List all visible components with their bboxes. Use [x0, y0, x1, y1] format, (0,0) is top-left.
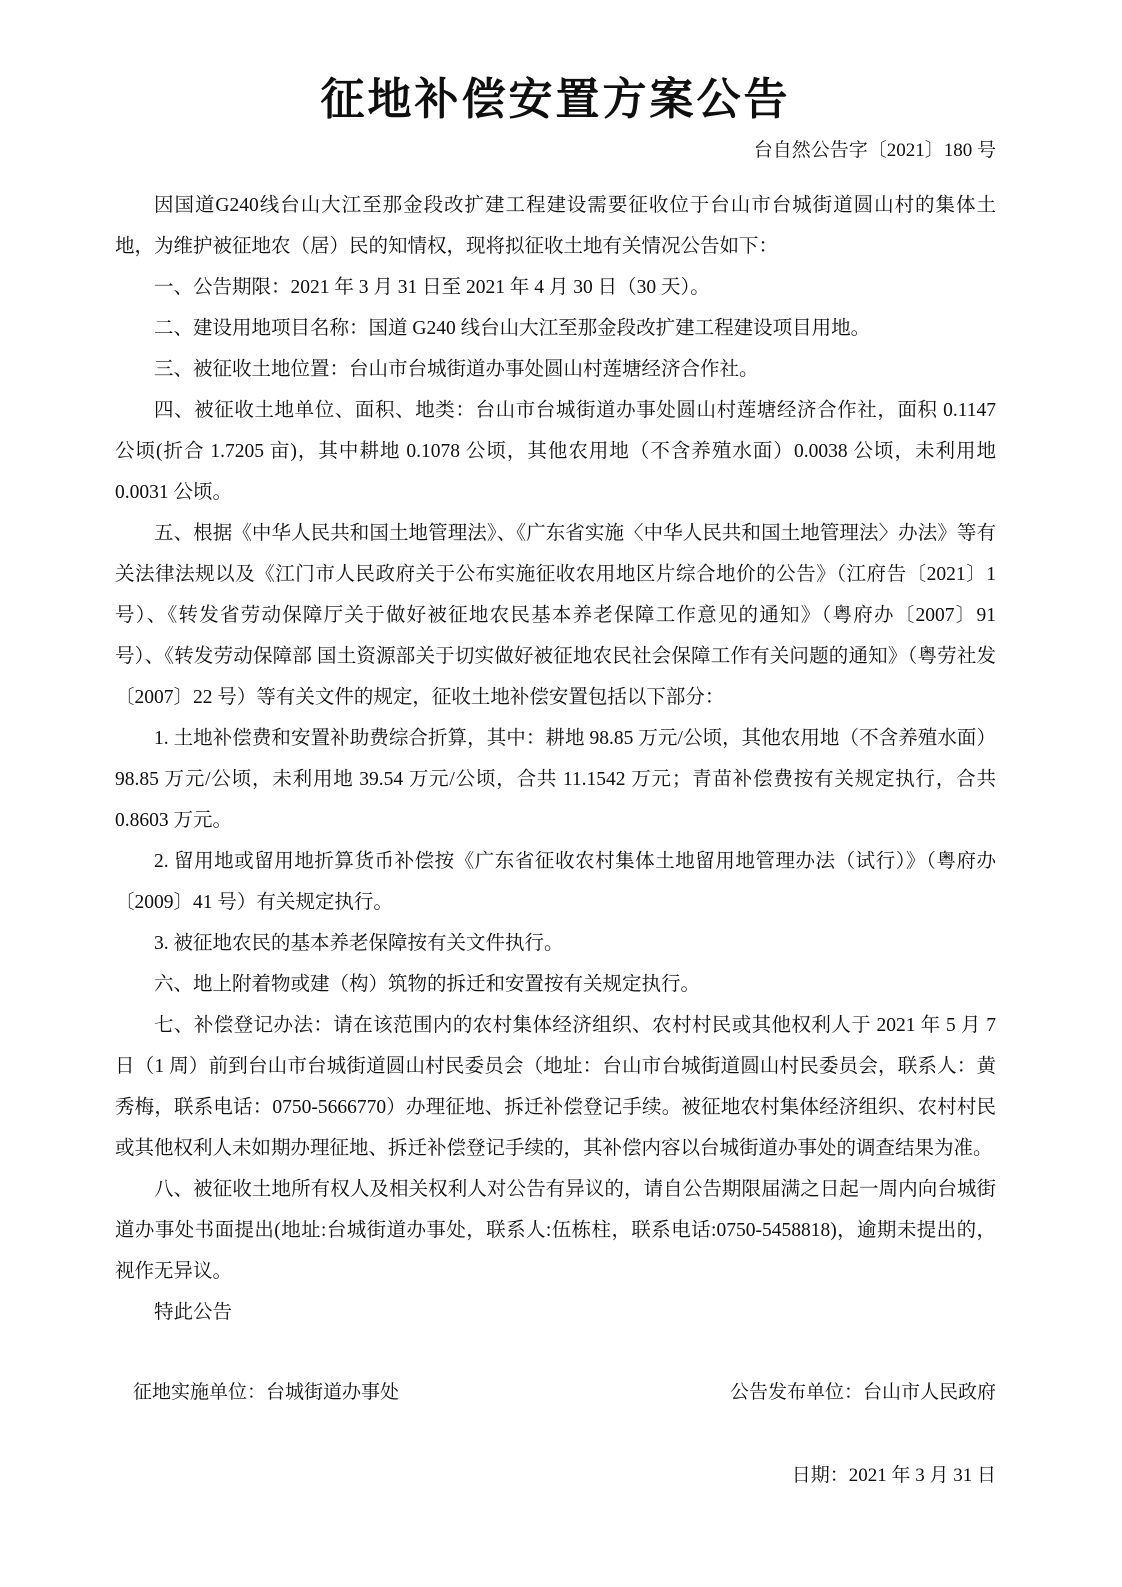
closing-phrase: 特此公告 [115, 1292, 996, 1333]
body-paragraph-item-5-2: 2. 留用地或留用地折算货币补偿按《广东省征收农村集体土地留用地管理办法（试行）… [115, 841, 996, 923]
signature-row: 征地实施单位：台城街道办事处 公告发布单位：台山市人民政府 [115, 1379, 996, 1406]
implementing-unit: 征地实施单位：台城街道办事处 [115, 1379, 399, 1406]
body-paragraph-item-8: 八、被征收土地所有权人及相关权利人对公告有异议的，请自公告期限届满之日起一周内向… [115, 1169, 996, 1292]
document-number: 台自然公告字〔2021〕180 号 [115, 138, 996, 164]
body-paragraph-item-5: 五、根据《中华人民共和国土地管理法》、《广东省实施〈中华人民共和国土地管理法〉办… [115, 513, 996, 718]
date-line: 日期：2021 年 3 月 31 日 [115, 1462, 996, 1489]
issuing-unit: 公告发布单位：台山市人民政府 [730, 1379, 996, 1406]
body-paragraph-intro: 因国道G240线台山大江至那金段改扩建工程建设需要征收位于台山市台城街道圆山村的… [115, 185, 996, 267]
announcement-document-page: 征地补偿安置方案公告 台自然公告字〔2021〕180 号 因国道G240线台山大… [0, 0, 1122, 1587]
body-paragraph-item-3: 三、被征收土地位置：台山市台城街道办事处圆山村莲塘经济合作社。 [115, 349, 996, 390]
body-paragraph-item-5-1: 1. 土地补偿费和安置补助费综合折算，其中：耕地 98.85 万元/公顷，其他农… [115, 718, 996, 841]
body-paragraph-item-4: 四、被征收土地单位、面积、地类：台山市台城街道办事处圆山村莲塘经济合作社，面积 … [115, 390, 996, 513]
page-title: 征地补偿安置方案公告 [115, 74, 996, 126]
body-paragraph-item-1: 一、公告期限：2021 年 3 月 31 日至 2021 年 4 月 30 日（… [115, 267, 996, 308]
document-body: 因国道G240线台山大江至那金段改扩建工程建设需要征收位于台山市台城街道圆山村的… [115, 185, 996, 1333]
body-paragraph-item-6: 六、地上附着物或建（构）筑物的拆迁和安置按有关规定执行。 [115, 964, 996, 1005]
body-paragraph-item-2: 二、建设用地项目名称：国道 G240 线台山大江至那金段改扩建工程建设项目用地。 [115, 308, 996, 349]
body-paragraph-item-7: 七、补偿登记办法：请在该范围内的农村集体经济组织、农村村民或其他权利人于 202… [115, 1005, 996, 1169]
body-paragraph-item-5-3: 3. 被征地农民的基本养老保障按有关文件执行。 [115, 923, 996, 964]
